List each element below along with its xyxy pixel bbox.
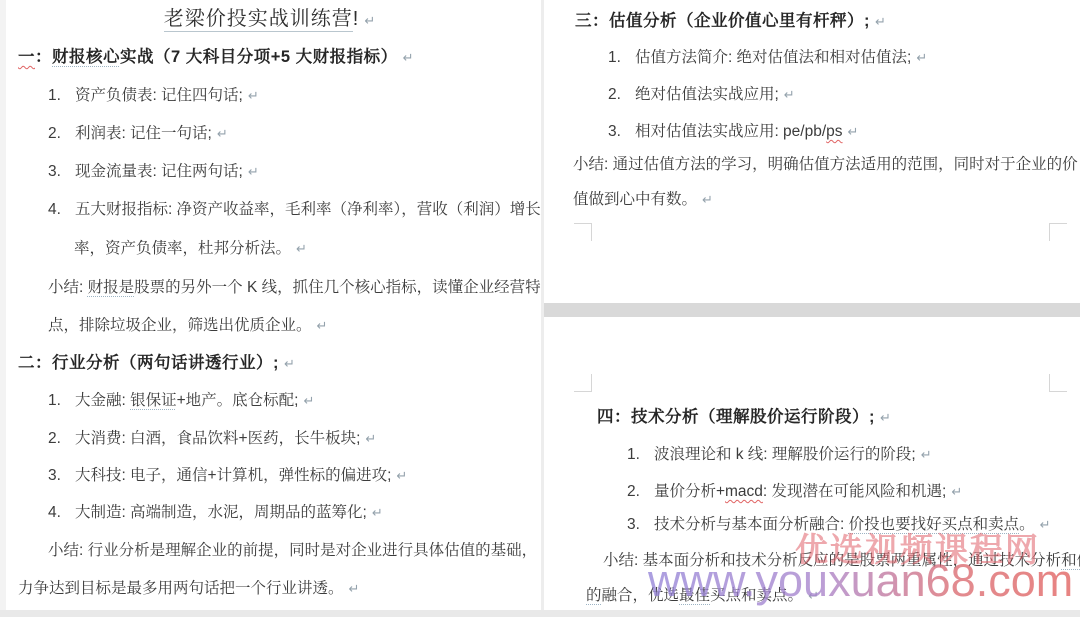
- text-segment: : 发现潜在可能风险和机遇;: [763, 483, 946, 500]
- summary-1: 小结: 财报是股票的另外一个 K 线，抓住几个核心指标，读懂企业经营特: [48, 275, 541, 301]
- text-segment: 波浪理论和 k 线: 理解股价运行的阶段;: [654, 446, 916, 463]
- heading-1: 一：财报核心实战（7 大科目分项+5 大财报指标）↵: [18, 44, 414, 71]
- text-segment: 银保证: [130, 392, 177, 409]
- crop-mark-top-right-icon: [1049, 374, 1067, 392]
- item-1-2: 2.利润表: 记住一句话;↵: [48, 121, 228, 147]
- paragraph-mark-icon: ↵: [1040, 517, 1051, 532]
- text-segment: 量价分析+: [654, 483, 725, 500]
- text-segment: 资产负债表: 记住四句话;: [75, 87, 243, 104]
- text-segment: 股票的另外一个 K 线，抓住几个核心指标，读懂企业经营特: [134, 279, 540, 296]
- paragraph-mark-icon: ↵: [784, 87, 795, 102]
- text-segment: 四：技术分析（理解股价运行阶段）;: [597, 408, 875, 426]
- page-left-edge: [0, 0, 6, 617]
- paragraph-mark-icon: ↵: [848, 124, 859, 139]
- text-segment: ps: [826, 123, 842, 140]
- text-segment: 绝对估值法实战应用;: [635, 86, 779, 103]
- text-segment: 1.: [608, 49, 621, 66]
- doc-title: 老梁价投实战训练营!↵: [0, 6, 540, 34]
- text-segment: 财报是: [88, 279, 135, 296]
- text-segment: 3.: [627, 516, 640, 533]
- text-segment: 小结: 行业分析是理解企业的前提，同时是对企业进行具体估值的基础，: [48, 542, 537, 559]
- text-segment: 2.: [608, 86, 621, 103]
- text-segment: 一: [18, 48, 35, 66]
- text-segment: 2.: [48, 430, 61, 447]
- text-segment: +地产。底仓标配;: [177, 392, 299, 409]
- text-segment: 五大财报指标: 净资产收益率，毛利率（净利率），营收（利润）增长: [75, 201, 541, 218]
- heading-2: 二：行业分析（两句话讲透行业）;↵: [18, 350, 295, 377]
- text-segment: 老梁价投实战训练营: [164, 8, 353, 32]
- item-1-4-wrap: 率，资产负债率，杜邦分析法。↵: [74, 236, 307, 262]
- item-3-2: 2.绝对估值法实战应用;↵: [608, 82, 795, 108]
- paragraph-mark-icon: ↵: [296, 241, 307, 256]
- text-segment: 小结: 通过估值方法的学习，明确估值方法适用的范围，同时对于企业的价: [573, 156, 1078, 173]
- text-segment: 率，资产负债率，杜邦分析法。: [74, 240, 291, 257]
- item-1-1: 1.资产负债表: 记住四句话;↵: [48, 83, 259, 109]
- text-segment: 三：估值分析（企业价值心里有杆秤）;: [575, 12, 870, 30]
- heading-3: 三：估值分析（企业价值心里有杆秤）;↵: [575, 8, 886, 35]
- paragraph-mark-icon: ↵: [248, 164, 259, 179]
- watermark-site-url: www.youxuan68.com: [648, 555, 1073, 607]
- text-segment: 大金融:: [75, 392, 130, 409]
- item-1-3: 3.现金流量表: 记住两句话;↵: [48, 159, 259, 185]
- text-segment: 4.: [48, 504, 61, 521]
- text-segment: 2.: [627, 483, 640, 500]
- paragraph-mark-icon: ↵: [303, 393, 314, 408]
- text-segment: 4.: [48, 201, 61, 218]
- paragraph-mark-icon: ↵: [921, 447, 932, 462]
- page-break-band: [544, 303, 1080, 317]
- item-4-1: 1.波浪理论和 k 线: 理解股价运行的阶段;↵: [627, 442, 932, 468]
- text-segment: 利润表: 记住一句话;: [75, 125, 212, 142]
- paragraph-mark-icon: ↵: [364, 13, 376, 28]
- document-view: 老梁价投实战训练营!↵一：财报核心实战（7 大科目分项+5 大财报指标）↵1.资…: [0, 0, 1080, 617]
- paragraph-mark-icon: ↵: [403, 50, 414, 65]
- paragraph-mark-icon: ↵: [702, 192, 713, 207]
- crop-mark-bottom-right-icon: [1049, 223, 1067, 241]
- text-segment: 大消费: 白酒，食品饮料+医药，长牛板块;: [75, 430, 360, 447]
- text-segment: 点，排除垃圾企业，筛选出优质企业。: [48, 317, 312, 334]
- text-segment: 二：行业分析（两句话讲透行业）;: [18, 354, 279, 372]
- text-segment: 3.: [48, 163, 61, 180]
- text-segment: !: [353, 8, 360, 30]
- summary-2: 小结: 行业分析是理解企业的前提，同时是对企业进行具体估值的基础，: [48, 538, 537, 564]
- item-2-2: 2.大消费: 白酒，食品饮料+医药，长牛板块;↵: [48, 426, 376, 452]
- item-2-4: 4.大制造: 高端制造，水泥，周期品的蓝筹化;↵: [48, 500, 383, 526]
- text-segment: 3.: [48, 467, 61, 484]
- text-segment: ：: [35, 48, 52, 66]
- paragraph-mark-icon: ↵: [365, 431, 376, 446]
- item-1-4: 4.五大财报指标: 净资产收益率，毛利率（净利率），营收（利润）增长: [48, 197, 541, 223]
- summary-3: 小结: 通过估值方法的学习，明确估值方法适用的范围，同时对于企业的价: [573, 152, 1078, 178]
- text-segment: 力争达到目标是最多用两句话把一个行业讲透。: [18, 580, 344, 597]
- paragraph-mark-icon: ↵: [951, 484, 962, 499]
- page-bottom-edge: [0, 610, 1080, 617]
- text-segment: 小结:: [48, 279, 88, 296]
- paragraph-mark-icon: ↵: [349, 581, 360, 596]
- text-segment: 1.: [627, 446, 640, 463]
- paragraph-mark-icon: ↵: [217, 126, 228, 141]
- text-segment: 2.: [48, 125, 61, 142]
- paragraph-mark-icon: ↵: [372, 505, 383, 520]
- text-segment: 的: [586, 587, 602, 604]
- paragraph-mark-icon: ↵: [284, 356, 295, 371]
- text-segment: 现金流量表: 记住两句话;: [75, 163, 243, 180]
- text-segment: 财报核心: [52, 48, 120, 66]
- paragraph-mark-icon: ↵: [916, 50, 927, 65]
- crop-mark-bottom-left-icon: [574, 223, 592, 241]
- item-2-3: 3.大科技: 电子，通信+计算机，弹性标的偏进攻;↵: [48, 463, 407, 489]
- text-segment: 1.: [48, 392, 61, 409]
- summary-3-wrap: 值做到心中有数。↵: [573, 187, 713, 213]
- item-4-2: 2.量价分析+macd: 发现潜在可能风险和机遇;↵: [627, 479, 962, 505]
- text-segment: 估值方法简介: 绝对估值法和相对估值法;: [635, 49, 911, 66]
- text-segment: 1.: [48, 87, 61, 104]
- paragraph-mark-icon: ↵: [248, 88, 259, 103]
- paragraph-mark-icon: ↵: [880, 410, 891, 425]
- text-segment: 实战（7 大科目分项+5 大财报指标）: [120, 48, 398, 66]
- item-3-3: 3.相对估值法实战应用: pe/pb/ps↵: [608, 119, 858, 145]
- text-segment: 值做到心中有数。: [573, 191, 697, 208]
- heading-4: 四：技术分析（理解股价运行阶段）;↵: [597, 404, 891, 431]
- summary-2-wrap: 力争达到目标是最多用两句话把一个行业讲透。↵: [18, 576, 359, 602]
- paragraph-mark-icon: ↵: [875, 14, 886, 29]
- text-segment: 相对估值法实战应用: pe/pb/: [635, 123, 826, 140]
- paragraph-mark-icon: ↵: [317, 318, 328, 333]
- text-segment: macd: [725, 483, 763, 500]
- item-3-1: 1.估值方法简介: 绝对估值法和相对估值法;↵: [608, 45, 927, 71]
- summary-1-wrap: 点，排除垃圾企业，筛选出优质企业。↵: [48, 313, 327, 339]
- text-segment: 大制造: 高端制造，水泥，周期品的蓝筹化;: [75, 504, 367, 521]
- item-2-1: 1.大金融: 银保证+地产。底仓标配;↵: [48, 388, 314, 414]
- crop-mark-top-left-icon: [574, 374, 592, 392]
- paragraph-mark-icon: ↵: [396, 468, 407, 483]
- text-segment: 大科技: 电子，通信+计算机，弹性标的偏进攻;: [75, 467, 391, 484]
- text-segment: 3.: [608, 123, 621, 140]
